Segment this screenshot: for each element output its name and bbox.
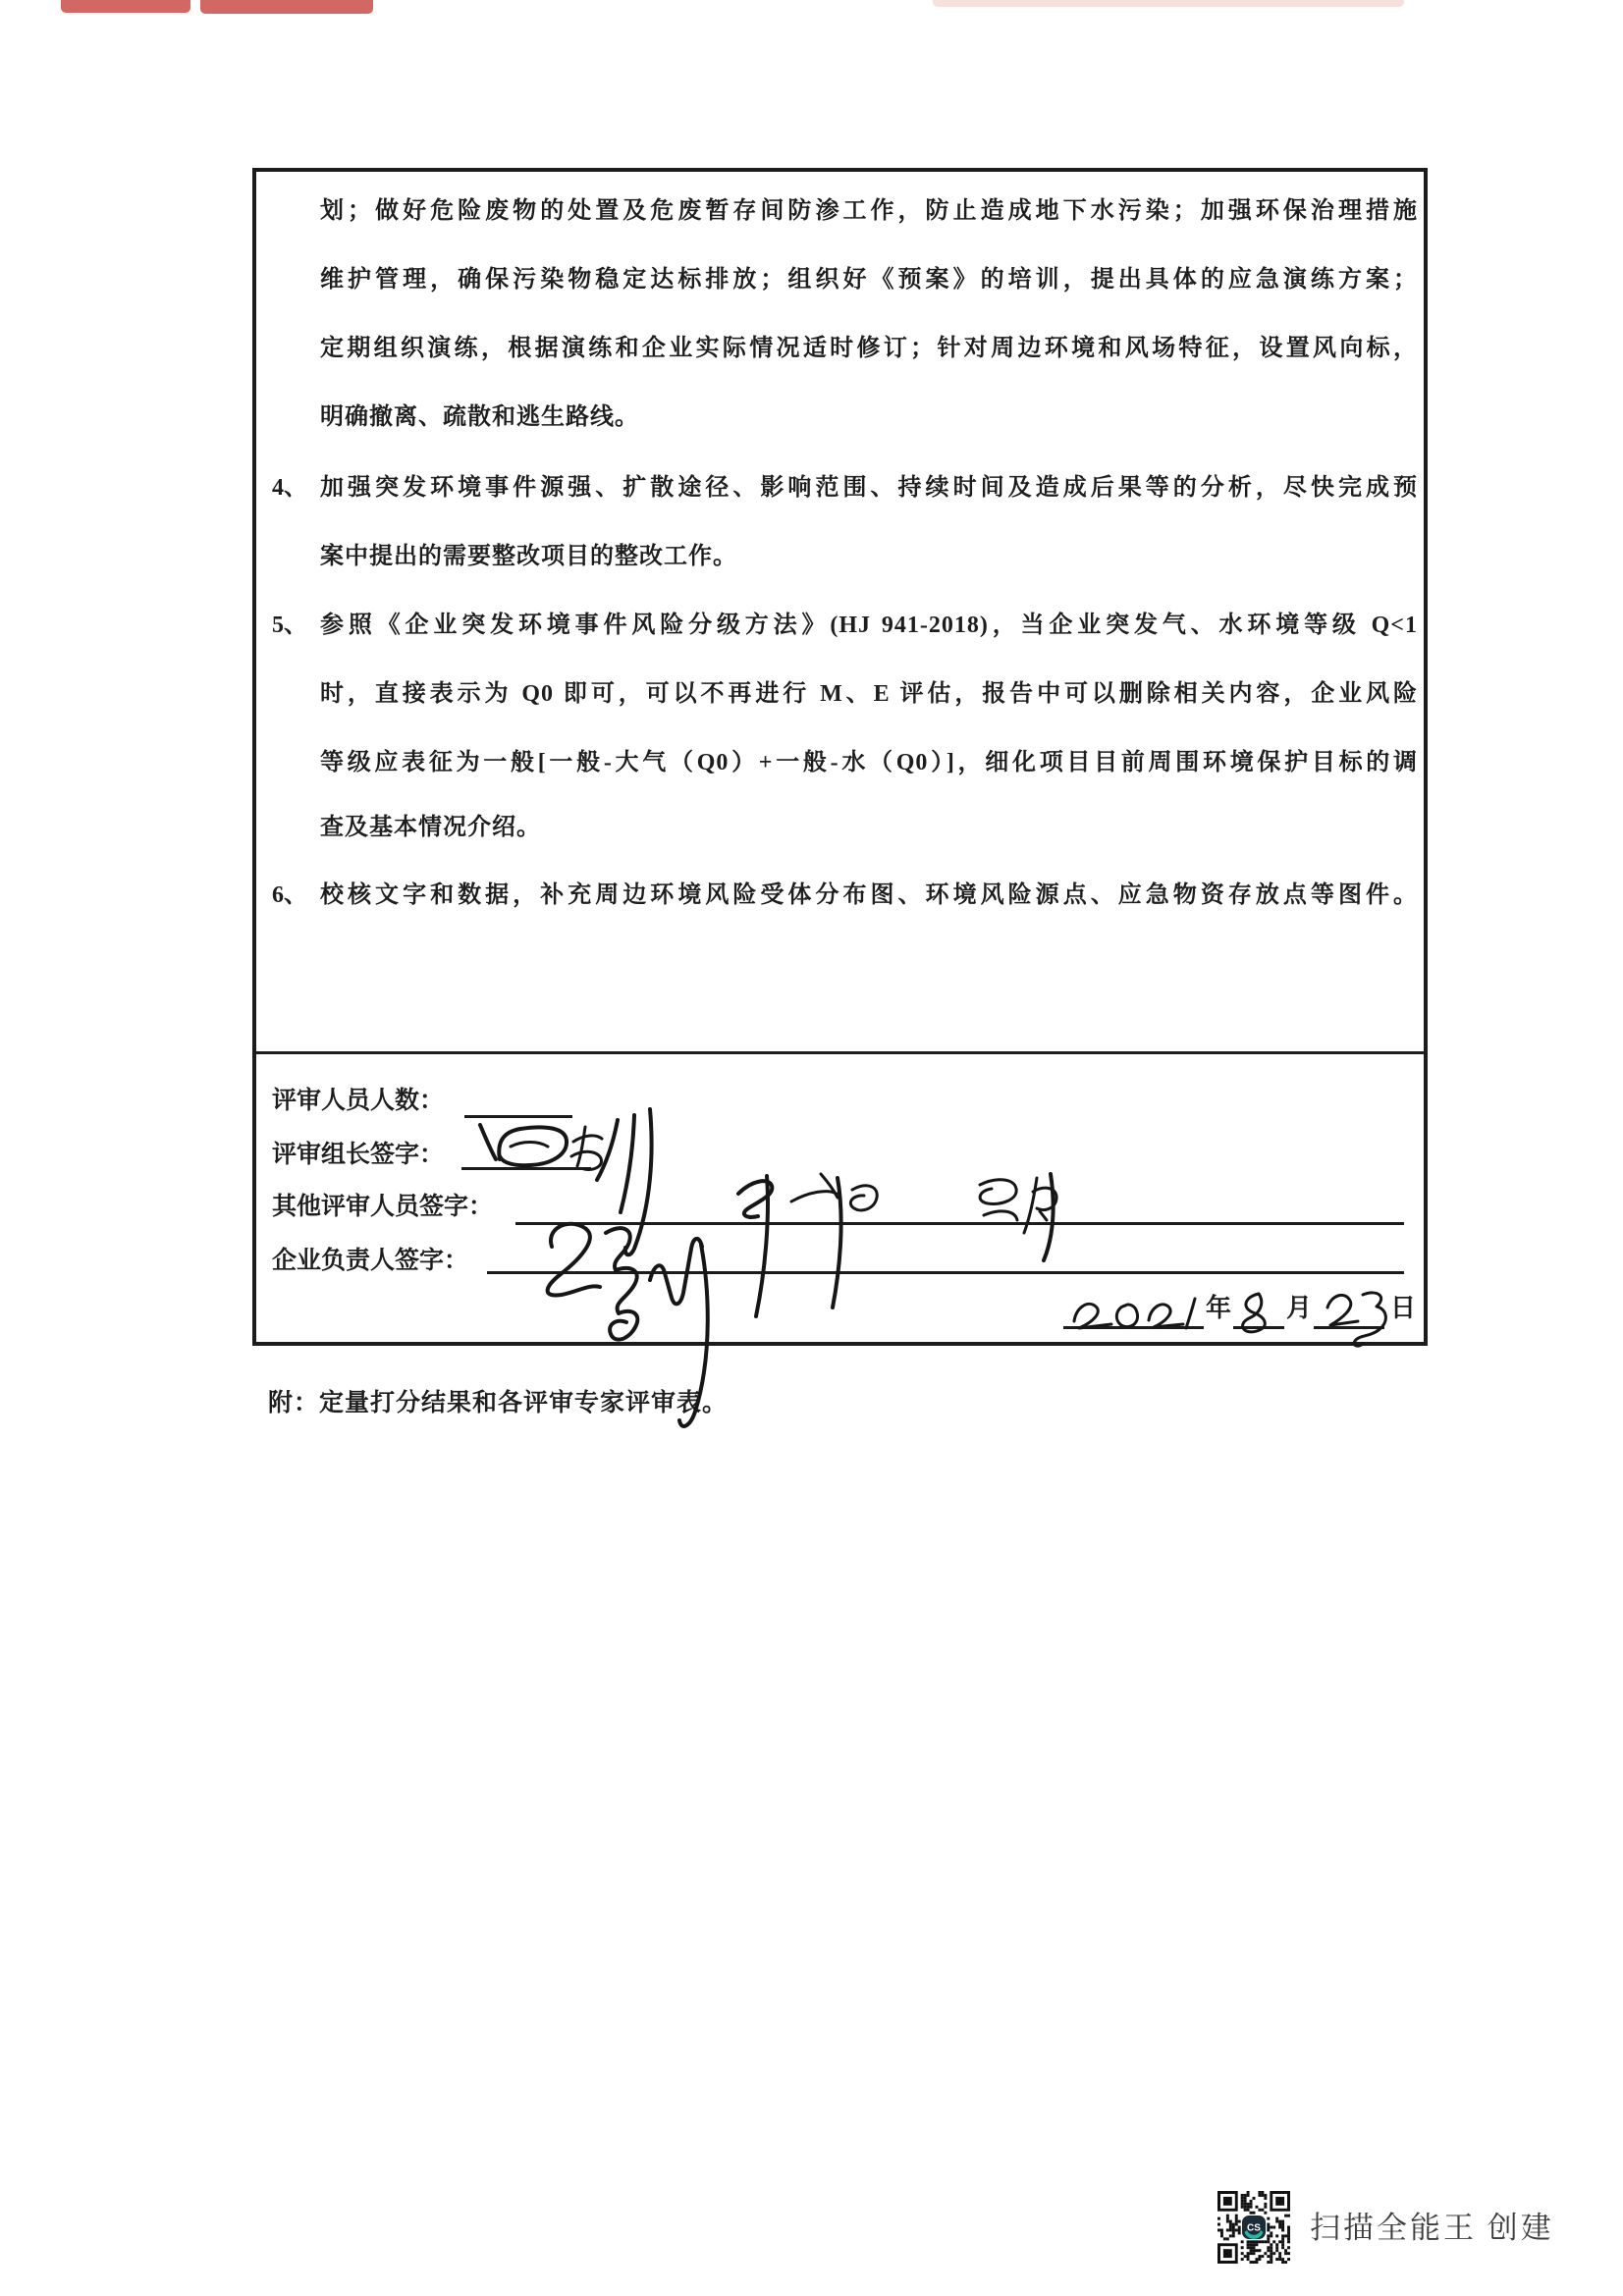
comment-text: 等级应表征为一般[一般-大气（Q0）+一般-水（Q0）]，细化项目目前周围环境保… <box>320 728 1418 797</box>
comment-text: 参照《企业突发环境事件风险分级方法》(HJ 941-2018)，当企业突发气、水… <box>320 591 1418 660</box>
other-reviewers-signature-line <box>515 1222 1404 1225</box>
comment-line: 等级应表征为一般[一般-大气（Q0）+一般-水（Q0）]，细化项目目前周围环境保… <box>320 728 1418 797</box>
comment-line: 明确撤离、疏散和逃生路线。 <box>320 383 1418 452</box>
camscanner-logo: CS <box>1242 2216 1266 2239</box>
comment-text: 校核文字和数据，补充周边环境风险受体分布图、环境风险源点、应急物资存放点等图件。 <box>320 861 1418 930</box>
comment-text: 加强突发环境事件源强、扩散途径、影响范围、持续时间及造成后果等的分析，尽快完成预 <box>320 454 1418 522</box>
comment-text: 查及基本情况介绍。 <box>320 793 1418 862</box>
comment-line: 划；做好危险废物的处置及危废暂存间防渗工作，防止造成地下水污染；加强环保治理措施 <box>320 177 1418 245</box>
comment-line: 定期组织演练，根据演练和企业实际情况适时修订；针对周边环境和风场特征，设置风向标… <box>320 314 1418 383</box>
company-signature-line <box>487 1271 1404 1274</box>
comment-text: 维护管理，确保污染物稳定达标排放；组织好《预案》的培训，提出具体的应急演练方案； <box>320 245 1418 314</box>
item-number: 4、 <box>272 454 307 522</box>
scan-artifact-red-mark <box>933 0 1404 7</box>
scan-artifact-red-mark <box>200 0 373 14</box>
comment-text: 时，直接表示为 Q0 即可，可以不再进行 M、E 评估，报告中可以删除相关内容，… <box>320 660 1418 728</box>
item-number: 6、 <box>272 861 307 930</box>
comment-line: 5、参照《企业突发环境事件风险分级方法》(HJ 941-2018)，当企业突发气… <box>320 591 1418 660</box>
comment-text: 划；做好危险废物的处置及危废暂存间防渗工作，防止造成地下水污染；加强环保治理措施 <box>320 177 1418 245</box>
other-reviewers-signature-label: 其他评审人员签字： <box>272 1192 493 1223</box>
date-day-blank-line <box>1314 1326 1384 1329</box>
camscanner-qr-icon: CS <box>1217 2191 1290 2264</box>
scan-artifact-red-mark <box>61 0 190 13</box>
review-leader-signature-label: 评审组长签字： <box>272 1140 444 1171</box>
comment-line: 查及基本情况介绍。 <box>320 793 1418 862</box>
comment-text: 案中提出的需要整改项目的整改工作。 <box>320 522 1418 591</box>
comment-line: 6、校核文字和数据，补充周边环境风险受体分布图、环境风险源点、应急物资存放点等图… <box>320 861 1418 930</box>
camscanner-brand-text: 扫描全能王 创建 <box>1310 2209 1554 2248</box>
comment-text: 明确撤离、疏散和逃生路线。 <box>320 383 1418 452</box>
attachment-note: 附：定量打分结果和各评审专家评审表。 <box>268 1383 728 1418</box>
comment-line: 时，直接表示为 Q0 即可，可以不再进行 M、E 评估，报告中可以删除相关内容，… <box>320 660 1418 728</box>
date-year-suffix: 年 <box>1206 1294 1231 1323</box>
svg-text:CS: CS <box>1247 2223 1261 2234</box>
leader-signature-line <box>461 1167 591 1170</box>
comment-line: 案中提出的需要整改项目的整改工作。 <box>320 522 1418 591</box>
comment-line: 4、加强突发环境事件源强、扩散途径、影响范围、持续时间及造成后果等的分析，尽快完… <box>320 454 1418 522</box>
reviewer-count-label: 评审人员人数： <box>272 1086 444 1117</box>
date-year-blank-line <box>1063 1326 1204 1329</box>
company-representative-signature-label: 企业负责人签字： <box>272 1246 468 1277</box>
comment-line: 维护管理，确保污染物稳定达标排放；组织好《预案》的培训，提出具体的应急演练方案； <box>320 245 1418 314</box>
date-month-suffix: 月 <box>1286 1294 1312 1323</box>
review-comments-box: 划；做好危险废物的处置及危废暂存间防渗工作，防止造成地下水污染；加强环保治理措施… <box>252 168 1428 1346</box>
date-month-blank-line <box>1233 1326 1284 1329</box>
reviewer-count-blank-line <box>464 1115 572 1118</box>
comment-text: 定期组织演练，根据演练和企业实际情况适时修订；针对周边环境和风场特征，设置风向标… <box>320 314 1418 383</box>
item-number: 5、 <box>272 591 307 660</box>
date-day-suffix: 日 <box>1390 1294 1416 1323</box>
section-divider <box>255 1051 1426 1054</box>
scanned-document-page: 划；做好危险废物的处置及危废暂存间防渗工作，防止造成地下水污染；加强环保治理措施… <box>0 0 1623 2296</box>
